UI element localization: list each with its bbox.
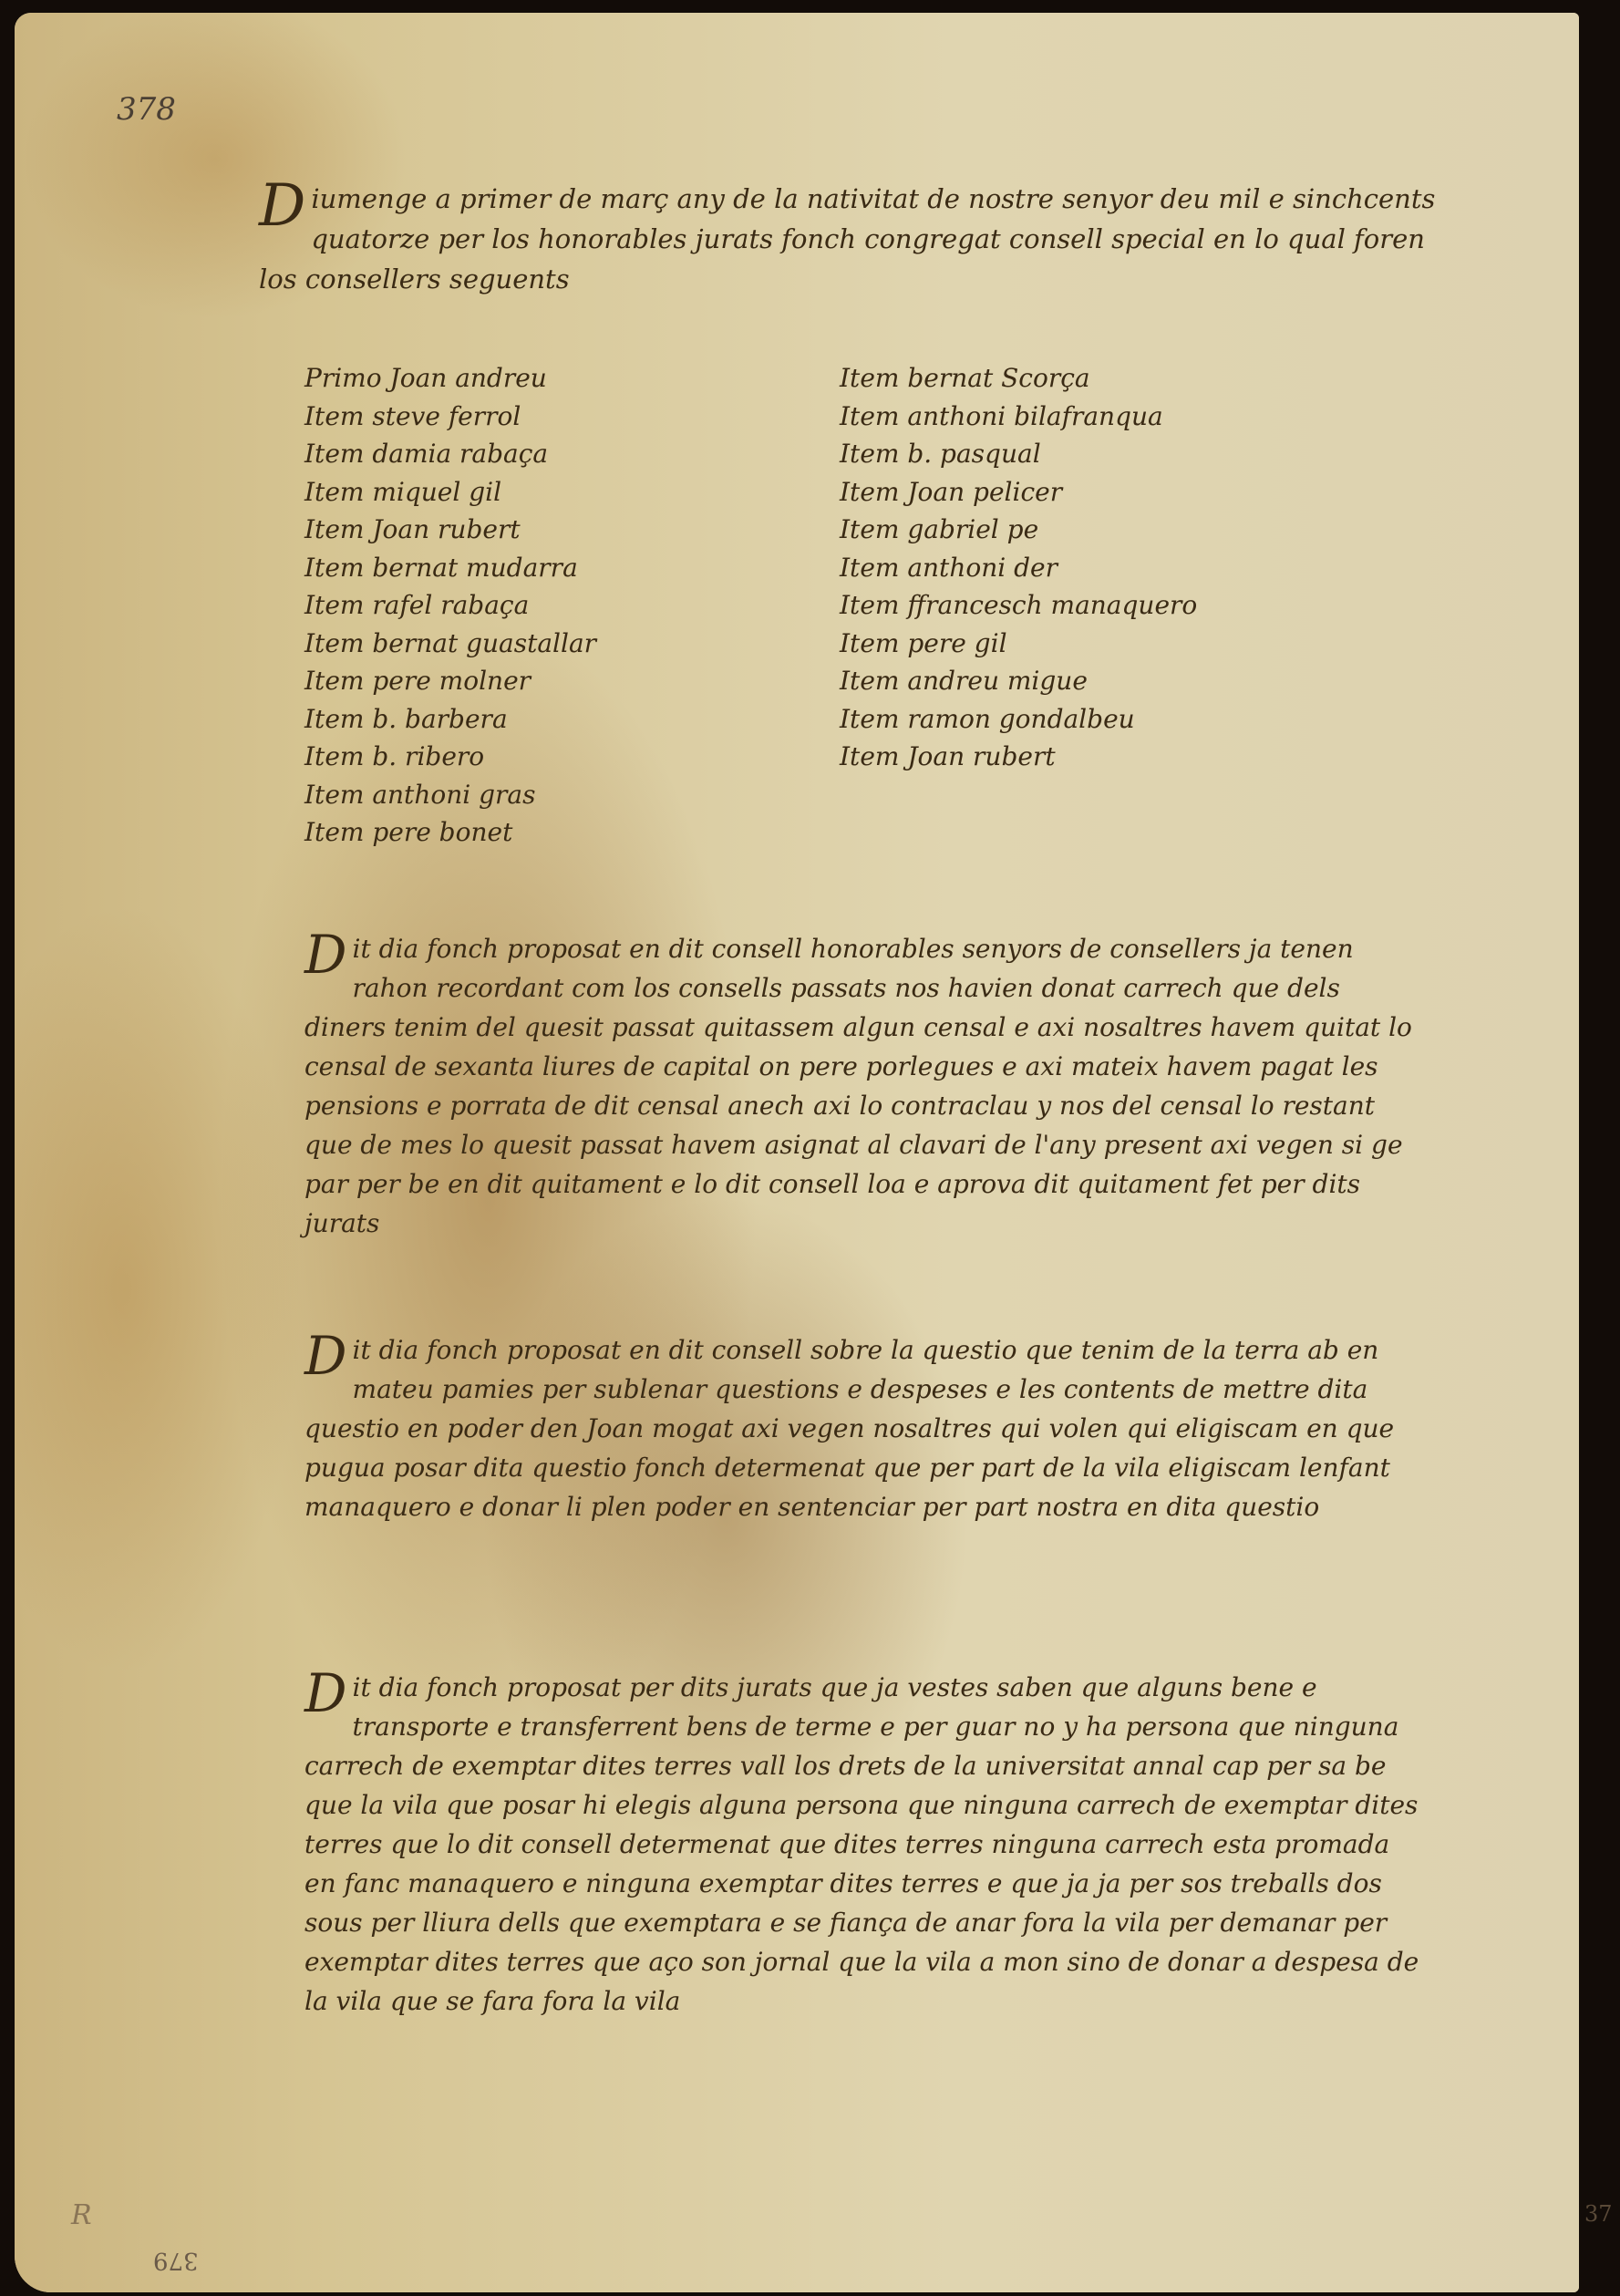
paragraph-text: it dia fonch proposat per dits jurats qu…	[304, 1672, 1419, 2016]
decorated-initial: D	[259, 179, 305, 233]
councillor-name: Item rafel rabaça	[304, 586, 596, 625]
councillor-name: Item ffrancesch manaquero	[840, 586, 1197, 625]
councillor-name: Item steve ferrol	[304, 398, 596, 436]
councillor-name: Item bernat Scorça	[840, 359, 1197, 398]
councillor-list-left: Primo Joan andreu Item steve ferrol Item…	[304, 359, 596, 852]
councillor-name: Primo Joan andreu	[304, 359, 596, 398]
councillor-name: Item pere gil	[840, 625, 1197, 663]
councillor-name: Item b. barbera	[304, 700, 596, 739]
stamp-number: 379	[153, 2247, 199, 2274]
councillor-name: Item bernat guastallar	[304, 625, 596, 663]
folio-number: 378	[117, 91, 176, 128]
margin-scribble: R	[71, 2199, 92, 2231]
paragraph-text: it dia fonch proposat en dit consell hon…	[304, 934, 1412, 1238]
councillor-name: Item miquel gil	[304, 473, 596, 512]
councillor-name: Item Joan pelicer	[840, 473, 1197, 512]
adjacent-folio-fragment: 37	[1584, 2201, 1613, 2227]
councillor-name: Item ramon gondalbeu	[840, 700, 1197, 739]
councillor-name: Item Joan rubert	[840, 738, 1197, 776]
paragraph-questio: D it dia fonch proposat en dit consell s…	[304, 1330, 1426, 1526]
councillor-name: Item anthoni bilafranqua	[840, 398, 1197, 436]
paragraph-terres: D it dia fonch proposat per dits jurats …	[304, 1668, 1426, 2021]
manuscript-page: 378 D iumenge a primer de març any de la…	[15, 13, 1579, 2292]
paragraph-censal: D it dia fonch proposat en dit consell h…	[304, 929, 1426, 1243]
councillor-name: Item pere bonet	[304, 813, 596, 852]
decorated-initial: D	[304, 1668, 347, 1719]
councillor-list-right: Item bernat Scorça Item anthoni bilafran…	[840, 359, 1197, 776]
councillor-name: Item anthoni der	[840, 549, 1197, 587]
councillor-name: Item Joan rubert	[304, 511, 596, 549]
councillor-name: Item andreu migue	[840, 662, 1197, 700]
councillor-name: Item anthoni gras	[304, 776, 596, 814]
heading-text: iumenge a primer de març any de la nativ…	[259, 183, 1435, 295]
councillor-name: Item b. pasqual	[840, 435, 1197, 473]
decorated-initial: D	[304, 929, 347, 980]
councillor-name: Item bernat mudarra	[304, 549, 596, 587]
councillor-name: Item pere molner	[304, 662, 596, 700]
decorated-initial: D	[304, 1330, 347, 1381]
paragraph-text: it dia fonch proposat en dit consell sob…	[304, 1335, 1394, 1522]
councillor-name: Item gabriel pe	[840, 511, 1197, 549]
councillor-name: Item damia rabaça	[304, 435, 596, 473]
heading-paragraph: D iumenge a primer de març any de la nat…	[259, 179, 1444, 299]
councillor-name: Item b. ribero	[304, 738, 596, 776]
